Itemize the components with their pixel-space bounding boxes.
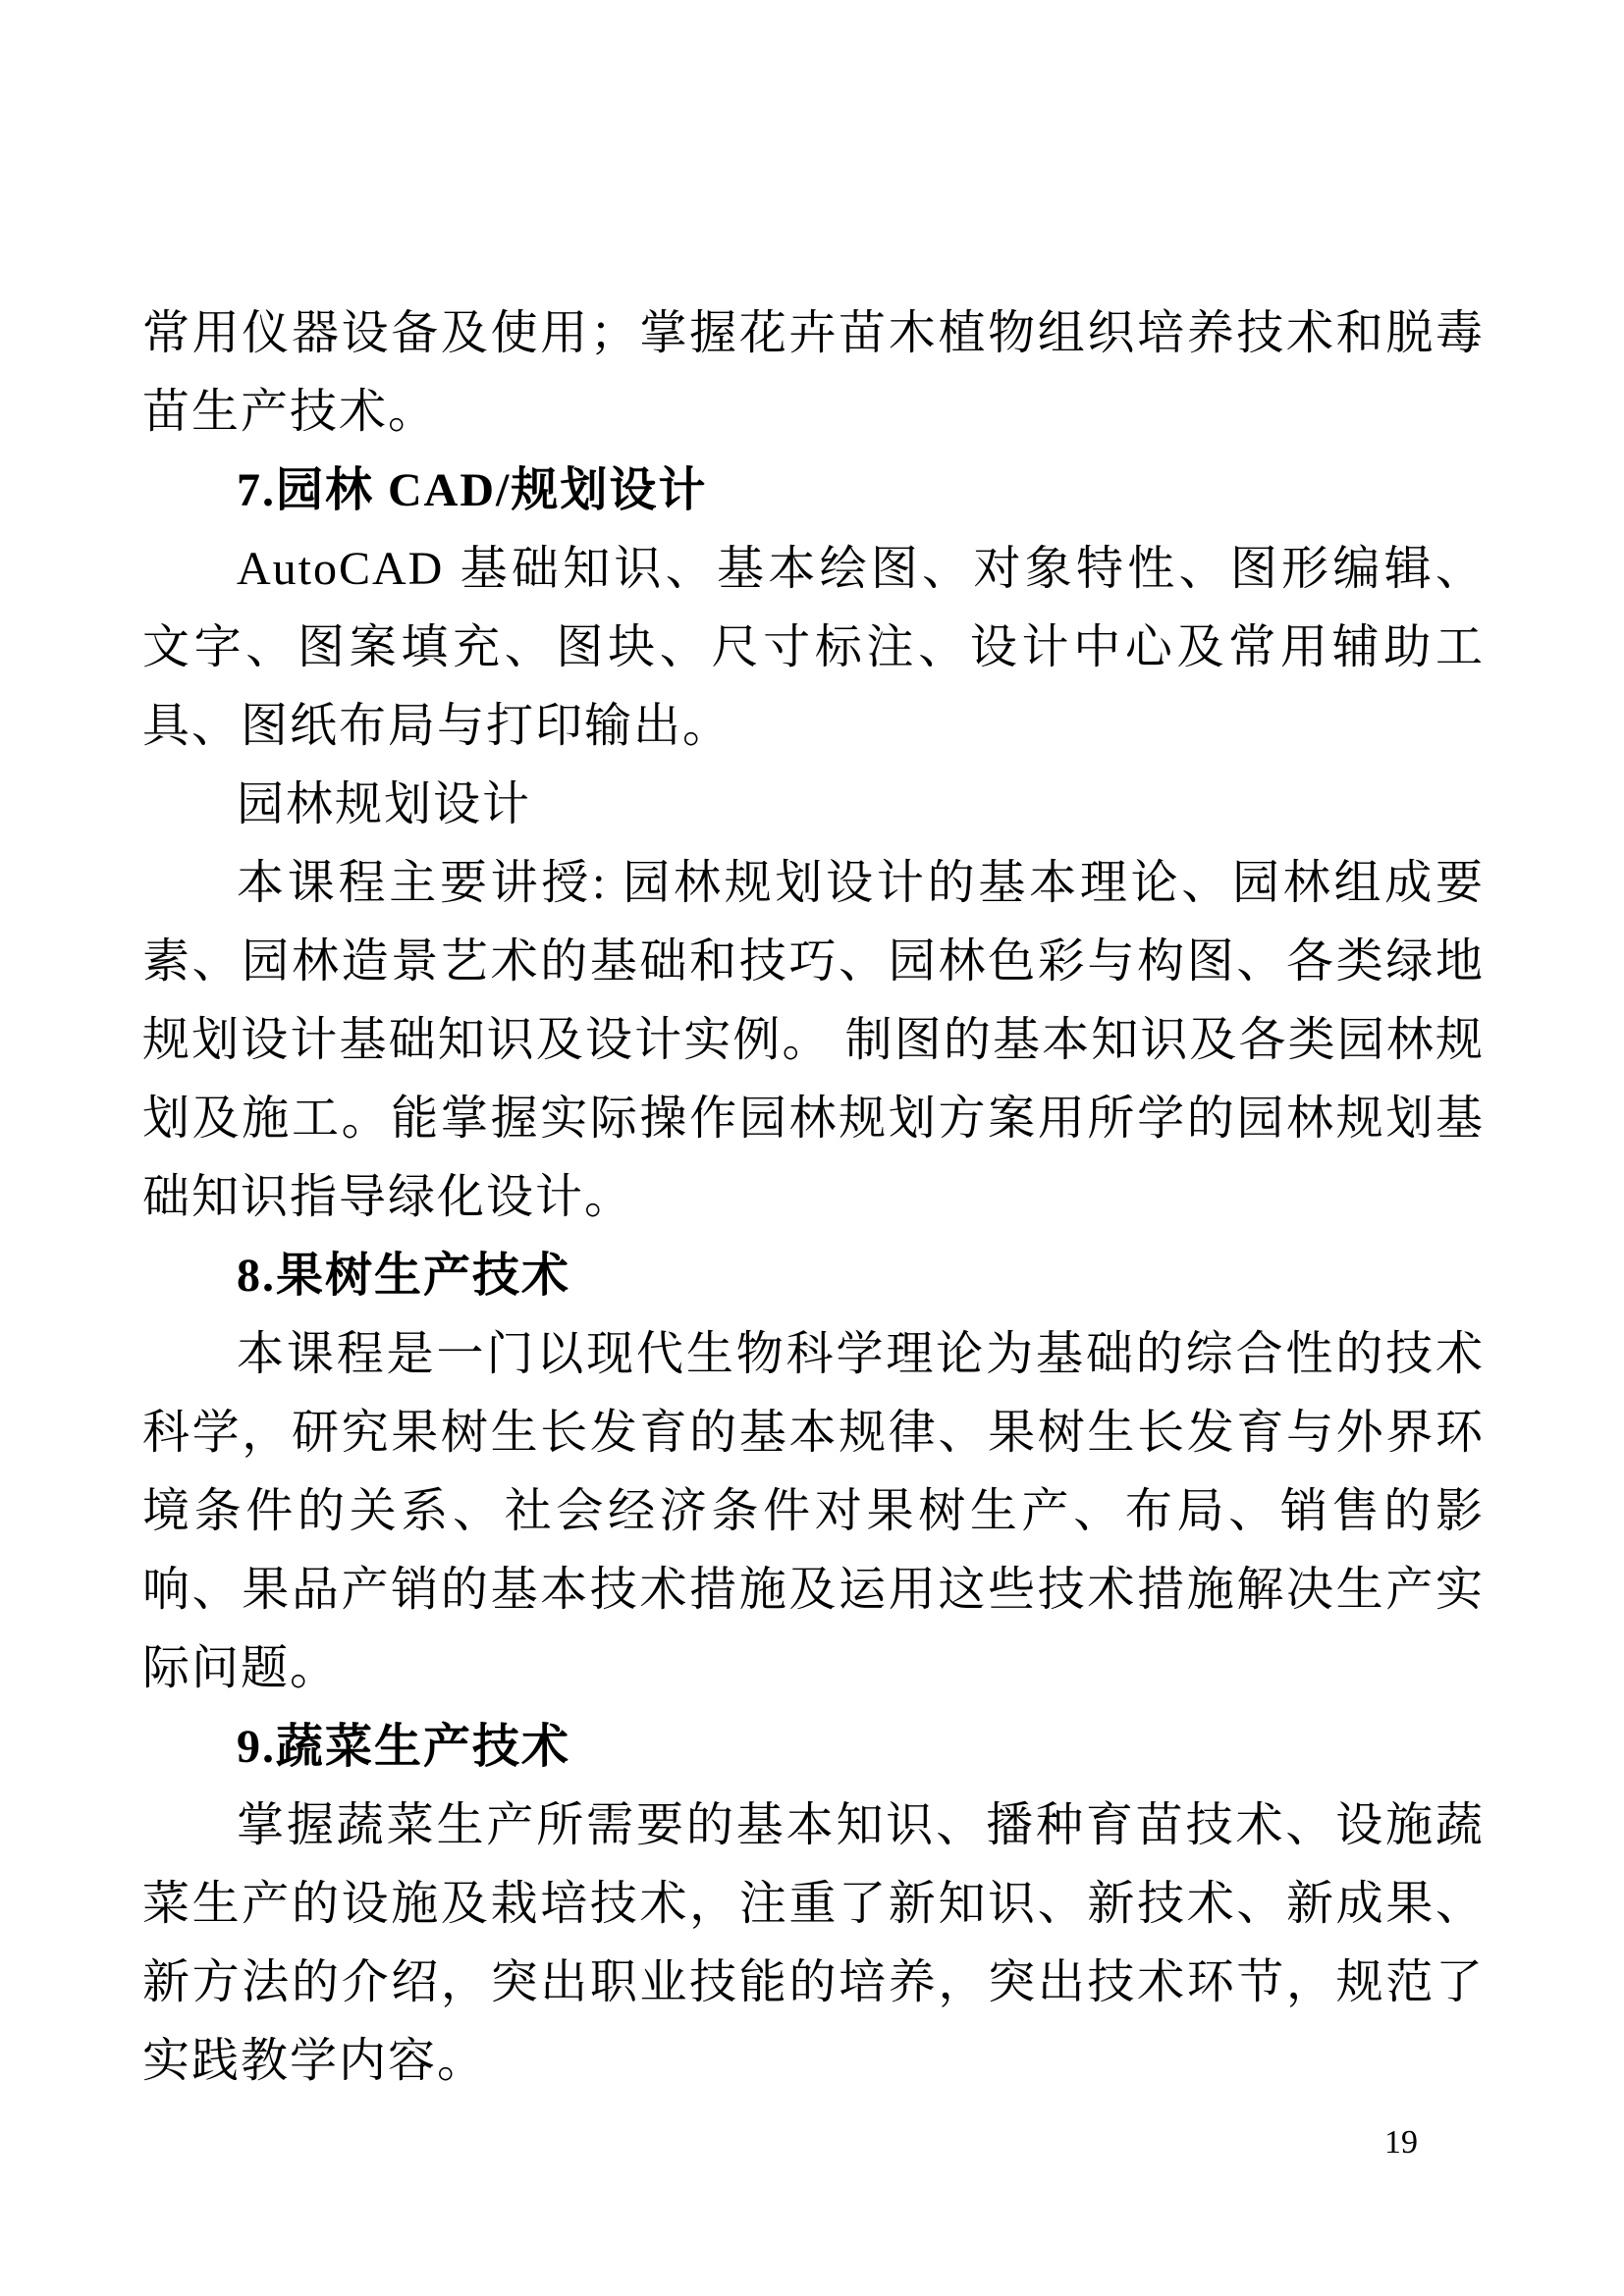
paragraph-landscape-planning-title: 园林规划设计 [142, 766, 1485, 844]
paragraph-continued: 常用仪器设备及使用；掌握花卉苗木植物组织培养技术和脱毒苗生产技术。 [142, 294, 1485, 452]
page-number: 19 [1384, 2122, 1418, 2163]
page-body: 常用仪器设备及使用；掌握花卉苗木植物组织培养技术和脱毒苗生产技术。 7.园林 C… [142, 294, 1485, 2101]
paragraph-vegetable-body: 掌握蔬菜生产所需要的基本知识、播种育苗技术、设施蔬菜生产的设施及栽培技术，注重了… [142, 1787, 1485, 2101]
document-page: 常用仪器设备及使用；掌握花卉苗木植物组织培养技术和脱毒苗生产技术。 7.园林 C… [0, 0, 1624, 2296]
section-heading-9-vegetable: 9.蔬菜生产技术 [142, 1708, 1485, 1787]
paragraph-fruit-tree-body: 本课程是一门以现代生物科学理论为基础的综合性的技术科学，研究果树生长发育的基本规… [142, 1315, 1485, 1708]
section-heading-8-fruit-tree: 8.果树生产技术 [142, 1237, 1485, 1315]
paragraph-landscape-planning-body: 本课程主要讲授: 园林规划设计的基本理论、园林组成要素、园林造景艺术的基础和技巧… [142, 844, 1485, 1237]
paragraph-autocad: AutoCAD 基础知识、基本绘图、对象特性、图形编辑、文字、图案填充、图块、尺… [142, 530, 1485, 766]
section-heading-7-landscape-cad: 7.园林 CAD/规划设计 [142, 452, 1485, 530]
